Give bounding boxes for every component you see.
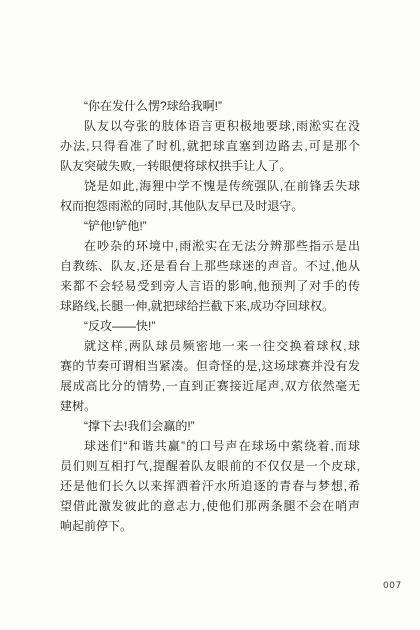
page-number: 007 <box>383 580 402 592</box>
text-line: 在吵杂的环境中,雨淞实在无法分辨那些指示是出 <box>60 236 360 256</box>
text-line: “反攻——快!” <box>60 316 360 336</box>
text-line: 饶是如此,海狸中学不愧是传统强队,在前锋丢失球 <box>60 176 360 196</box>
text-line: 权而抱怨雨淞的同时,其他队友早已及时退守。 <box>60 196 360 216</box>
text-line: 队友突破失败,一转眼便将球权拱手让人了。 <box>60 156 360 176</box>
text-line: 响起前停下。 <box>60 516 360 536</box>
text-line: 球迷们“和谐共赢”的口号声在球场中萦绕着,而球 <box>60 436 360 456</box>
text-line: 就这样,两队球员频密地一来一往交换着球权,球 <box>60 336 360 356</box>
text-line: 队友以夸张的肢体语言更积极地要球,雨淞实在没 <box>60 116 360 136</box>
text-line: 球路线,长腿一伸,就把球给拦截下来,成功夺回球权。 <box>60 296 360 316</box>
text-line: “撑下去!我们会赢的!” <box>60 416 360 436</box>
text-line: 望借此激发彼此的意志力,使他们那两条腿不会在哨声 <box>60 496 360 516</box>
text-line: 员们则互相打气,提醒着队友眼前的不仅仅是一个皮球, <box>60 456 360 476</box>
text-line: 展成高比分的情势,一直到正赛接近尾声,双方依然毫无 <box>60 376 360 396</box>
text-line: 自教练、队友,还是看台上那些球迷的声音。不过,他从 <box>60 256 360 276</box>
text-line: “你在发什么愣?球给我啊!” <box>60 96 360 116</box>
text-line: “铲他!铲他!” <box>60 216 360 236</box>
book-page: “你在发什么愣?球给我啊!”队友以夸张的肢体语言更积极地要球,雨淞实在没办法,只… <box>0 0 420 630</box>
text-line: 来都不会轻易受到旁人言语的影响,他预判了对手的传 <box>60 276 360 296</box>
text-block: “你在发什么愣?球给我啊!”队友以夸张的肢体语言更积极地要球,雨淞实在没办法,只… <box>60 96 360 536</box>
text-line: 办法,只得看准了时机,就把球直塞到边路去,可是那个 <box>60 136 360 156</box>
text-line: 赛的节奏可谓相当紧凑。但奇怪的是,这场球赛并没有发 <box>60 356 360 376</box>
text-line: 还是他们长久以来挥洒着汗水所追逐的青春与梦想,希 <box>60 476 360 496</box>
text-line: 建树。 <box>60 396 360 416</box>
